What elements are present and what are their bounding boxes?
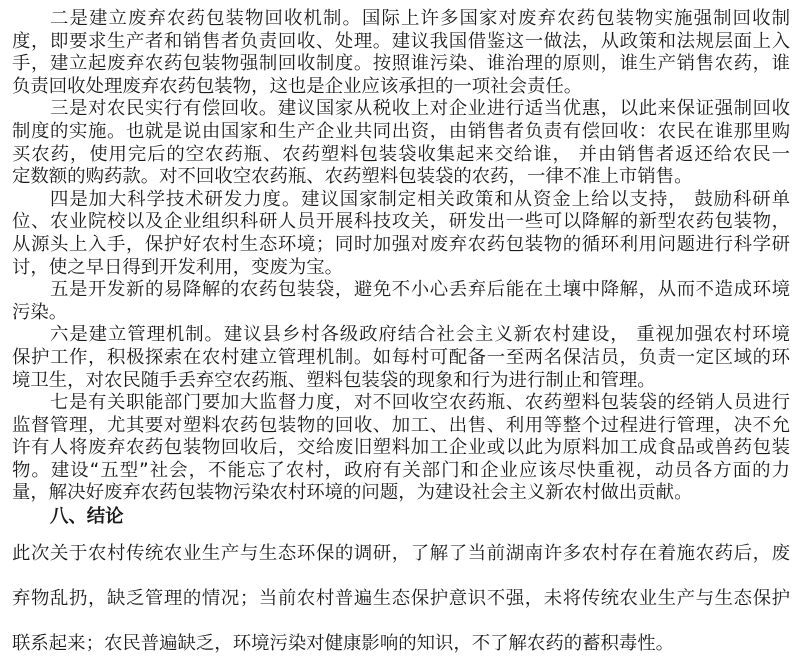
- text-line: 度，即要求生产者和销售者负责回收、处理。建议我国借鉴这一做法，从政策和法规层面上…: [12, 31, 790, 54]
- text-line: 许有人将废弃农药包装物回收后，交给废旧塑料加工企业或以此为原料加工成食品或兽药包…: [12, 437, 790, 460]
- text-line: 弃物乱扔，缺乏管理的情况；当前农村普遍生态保护意识不强，未将传统农业生产与生态保…: [12, 576, 790, 621]
- text-line: 监督管理，尤其要对塑料农药包装物的回收、加工、出售、利用等整个过程进行管理，决不…: [12, 415, 790, 438]
- text-line: 买农药，使用完后的空农药瓶、农药塑料包装袋收集起来交给谁， 并由销售者返还给农民…: [12, 144, 790, 167]
- paragraph-five-degradable-packaging: 五是开发新的易降解的农药包装袋，避免不小心丢弃后能在土壤中降解，从而不造成环境 …: [12, 279, 790, 324]
- text-line: 四是加大科学技术研发力度。建议国家制定相关政策和从资金上给以支持， 鼓励科研单: [12, 189, 790, 212]
- text-line: 五是开发新的易降解的农药包装袋，避免不小心丢弃后能在土壤中降解，从而不造成环境: [12, 279, 790, 302]
- conclusion-paragraph: 此次关于农村传统农业生产与生态环保的调研，了解了当前湖南许多农村存在着施农药后，…: [12, 531, 790, 662]
- text-line: 联系起来；农民普遍缺乏，环境污染对健康影响的知识，不了解农药的蓄积毒性。: [12, 621, 790, 662]
- paragraph-four-research: 四是加大科学技术研发力度。建议国家制定相关政策和从资金上给以支持， 鼓励科研单 …: [12, 189, 790, 279]
- document-body: 二是建立废弃农药包装物回收机制。国际上许多国家对废弃农药包装物实施强制回收制 度…: [12, 8, 790, 662]
- paragraph-seven-supervision: 七是有关职能部门要加大监督力度，对不回收空农药瓶、农药塑料包装袋的经销人员进行 …: [12, 392, 790, 505]
- text-line: 手，建立起废弃农药包装物强制回收制度。按照谁污染、谁治理的原则，谁生产销售农药，…: [12, 53, 790, 76]
- text-line: 从源头上入手，保护好农村生态环境；同时加强对废弃农药包装物的循环利用问题进行科学…: [12, 234, 790, 257]
- text-line: 制度的实施。也就是说由国家和生产企业共同出资，由销售者负责有偿回收：农民在谁那里…: [12, 121, 790, 144]
- text-line: 污染。: [12, 302, 790, 325]
- text-line: 三是对农民实行有偿回收。建议国家从税收上对企业进行适当优惠，以此来保证强制回收: [12, 98, 790, 121]
- text-line: 负责回收处理废弃农药包装物，这也是企业应该承担的一项社会责任。: [12, 76, 790, 99]
- text-line: 保护工作，积极探索在农村建立管理机制。如每村可配备一至两名保洁员，负责一定区域的…: [12, 347, 790, 370]
- paragraph-three-paid-recycling: 三是对农民实行有偿回收。建议国家从税收上对企业进行适当优惠，以此来保证强制回收 …: [12, 98, 790, 188]
- text-line: 定数额的购药款。对不回收空农药瓶、农药塑料包装袋的农药，一律不准上市销售。: [12, 166, 790, 189]
- text-line: 物。建设“五型”社会，不能忘了农村，政府有关部门和企业应该尽快重视，动员各方面的…: [12, 460, 790, 483]
- text-line: 六是建立管理机制。建议县乡村各级政府结合社会主义新农村建设， 重视加强农村环境: [12, 324, 790, 347]
- section-heading-conclusion: 八、结论: [12, 505, 790, 529]
- text-line: 位、农业院校以及企业组织科研人员开展科技攻关，研发出一些可以降解的新型农药包装物…: [12, 211, 790, 234]
- text-line: 七是有关职能部门要加大监督力度，对不回收空农药瓶、农药塑料包装袋的经销人员进行: [12, 392, 790, 415]
- text-line: 境卫生，对农民随手丢弃空农药瓶、塑料包装袋的现象和行为进行制止和管理。: [12, 370, 790, 393]
- text-line: 二是建立废弃农药包装物回收机制。国际上许多国家对废弃农药包装物实施强制回收制: [12, 8, 790, 31]
- text-line: 量，解决好废弃农药包装物污染农村环境的问题，为建设社会主义新农村做出贡献。: [12, 482, 790, 505]
- paragraph-six-management: 六是建立管理机制。建议县乡村各级政府结合社会主义新农村建设， 重视加强农村环境 …: [12, 324, 790, 392]
- text-line: 此次关于农村传统农业生产与生态环保的调研，了解了当前湖南许多农村存在着施农药后，…: [12, 531, 790, 576]
- text-line: 讨，使之早日得到开发利用，变废为宝。: [12, 257, 790, 280]
- paragraph-two-recycling-mechanism: 二是建立废弃农药包装物回收机制。国际上许多国家对废弃农药包装物实施强制回收制 度…: [12, 8, 790, 98]
